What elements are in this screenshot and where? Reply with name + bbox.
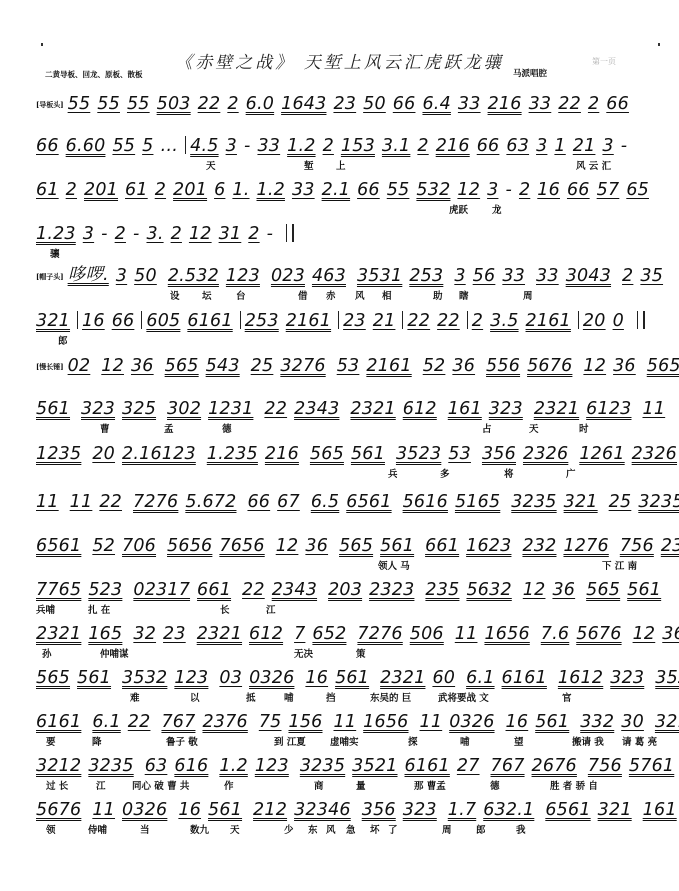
note-group: 3 [454, 266, 465, 286]
notation-line: 3211666605616125321612321222223.52161200 [36, 307, 666, 331]
sustain-mark: - [267, 224, 274, 244]
score-line: 7765523023176612223432032323235563212365… [36, 576, 666, 616]
note-group: 6561 [36, 536, 81, 556]
note-group: 767 [161, 712, 195, 732]
note-group: 463 [312, 266, 346, 286]
note-group: 561 [351, 444, 385, 464]
note-group: 123 [174, 668, 208, 688]
lyric-text: 相 [382, 288, 392, 302]
notation-line: 666.60555…4.53-331.221533.12216666331213… [36, 132, 666, 156]
lyric-text: 无决 [294, 646, 313, 660]
note-group: 66 [36, 136, 59, 156]
lyric-text: 过 长 [46, 778, 68, 792]
note-group: 6.60 [66, 136, 106, 156]
lyrics-line: 虎跃龙 [36, 200, 666, 216]
note-group: 23 [333, 94, 356, 114]
note-group: 2321 [350, 399, 395, 419]
score-line: 1235202.161231.2352165655613523533562326… [36, 440, 666, 480]
lyric-text: 德 [490, 778, 500, 792]
note-group: 1.2 [257, 180, 285, 200]
score-line: 1.233-2-3.212312-骧 [36, 220, 666, 260]
score-line: 5655613532123030326165612321606.16161161… [36, 664, 666, 704]
note-group: 3235 [638, 492, 679, 512]
note-group: 25 [251, 356, 274, 376]
notation-line: 232116532232321612765272765061116567.656… [36, 620, 666, 644]
note-group: 1.235 [207, 444, 258, 464]
lyric-text: 东吴的 巨 [370, 690, 411, 704]
bar-line [240, 311, 241, 329]
note-group: 3235 [511, 492, 556, 512]
note-group: 61 [36, 180, 59, 200]
note-group: 2343 [272, 580, 317, 600]
note-group: 52 [92, 536, 115, 556]
lyric-text: 同心 破 曹 共 [132, 778, 189, 792]
note-group: 2161 [286, 311, 331, 331]
note-group: 1623 [466, 536, 511, 556]
lyric-text: 请 葛 亮 [622, 734, 657, 748]
note-group: 11 [455, 624, 478, 644]
note-group: 23 [163, 624, 186, 644]
lyric-text: 我 [516, 822, 526, 836]
note-group: 356 [362, 800, 396, 820]
note-group: 11 [36, 492, 59, 512]
note-group: 61 [125, 180, 148, 200]
notation-line: 11112272765.67266676.5656156165165323532… [36, 488, 666, 512]
lyric-text: 周 [442, 822, 452, 836]
note-group: 2676 [532, 756, 577, 776]
note-group: 33 [458, 94, 481, 114]
note-group: 565 [165, 356, 199, 376]
note-group: 7 [294, 624, 305, 644]
lyric-text: 兵 [388, 466, 398, 480]
lyric-text: 台 [236, 288, 246, 302]
note-group: 3235 [300, 756, 345, 776]
note-group: 1.2 [287, 136, 315, 156]
note-group: 2 [417, 136, 428, 156]
note-group: 5165 [455, 492, 500, 512]
lyrics-line: 过 长江同心 破 曹 共作商量那 曹孟德胜 者 骄 自 [36, 776, 666, 792]
lyric-text: 难 [130, 690, 140, 704]
note-group: 12 [276, 536, 299, 556]
lyric-text: 侍哺 [88, 822, 107, 836]
lyrics-line [36, 114, 666, 130]
note-group: 2.532 [168, 266, 219, 286]
lyric-text: 鲁子 敬 [166, 734, 198, 748]
lyric-text: 少 [284, 822, 294, 836]
sustain-mark: - [101, 224, 108, 244]
note-group: 2161 [366, 356, 411, 376]
lyric-text: 东 [308, 822, 318, 836]
note-group: 6.1 [92, 712, 120, 732]
note-group: 632.1 [483, 800, 534, 820]
note-group: 66 [567, 180, 590, 200]
note-group: 756 [620, 536, 654, 556]
note-group: 21 [373, 311, 396, 331]
note-group: 6123 [586, 399, 631, 419]
note-group: 1276 [563, 536, 608, 556]
note-group: 7765 [36, 580, 81, 600]
section-marker: [帽子头] [36, 272, 64, 282]
singer-style: 马派唱腔 [513, 67, 547, 79]
lyrics-line: 孙仲哺谋无决策 [36, 644, 666, 660]
note-group: 11 [334, 712, 357, 732]
note-group: 2 [115, 224, 126, 244]
note-group: 7.6 [541, 624, 569, 644]
lyric-text: 助 [433, 288, 443, 302]
note-group: 2326 [523, 444, 568, 464]
lyric-text: 探 [408, 734, 418, 748]
note-group: 55 [387, 180, 410, 200]
lyrics-line: 难以抵哺挡东吴的 巨武将要战 文官 [36, 688, 666, 704]
lyric-text: 策 [356, 646, 366, 660]
note-group: 6561 [346, 492, 391, 512]
note-group: 7276 [133, 492, 178, 512]
score-line: 232116532232321612765272765061116567.656… [36, 620, 666, 660]
lyric-text: 天 [206, 158, 216, 172]
note-group: 235.6 [661, 536, 679, 556]
note-group: 323 [489, 399, 523, 419]
note-group: 36 [662, 624, 679, 644]
bar-line [402, 311, 403, 329]
lyric-text: 周 [523, 288, 533, 302]
note-group: 321 [598, 800, 632, 820]
lyric-text: 龙 [492, 202, 502, 216]
note-group: 323 [403, 800, 437, 820]
note-group: 0 [613, 311, 624, 331]
lyrics-line: 领侍哺当数九天少东风急坏了周郎我 [36, 820, 666, 836]
lyrics-line: 领人 马下 江 南 [36, 556, 666, 572]
lyric-text: 江 [266, 602, 276, 616]
notation-line: 6561527065656765612365655616611623232127… [36, 532, 666, 556]
lyric-text: 孟 [164, 421, 174, 435]
note-group: 706 [122, 536, 156, 556]
lyric-text: 官 [562, 690, 572, 704]
score-line: 567611032616561212323463563231.7632.1656… [36, 796, 666, 836]
note-group: 503 [157, 94, 191, 114]
section-marker: [慢长锤] [36, 362, 64, 372]
note-group: 2 [171, 224, 182, 244]
note-group: 3523 [396, 444, 441, 464]
note-group: 3043 [566, 266, 611, 286]
note-group: 22 [264, 399, 287, 419]
end-bar-line [637, 311, 645, 329]
lyric-text: 郎 [58, 333, 68, 347]
page-number: 第一页 [592, 56, 616, 67]
lyric-text: 下 江 南 [602, 558, 637, 572]
end-bar-line [286, 224, 294, 242]
note-group: 60 [432, 668, 455, 688]
lyrics-line [36, 512, 666, 528]
lyric-text: 那 曹孟 [414, 778, 446, 792]
notation-line: 567611032616561212323463563231.7632.1656… [36, 796, 666, 820]
score-line: 666.60555…4.53-331.221533.12216666331213… [36, 132, 666, 172]
note-group: 57 [597, 180, 620, 200]
note-group: 2.1 [322, 180, 350, 200]
note-group: 3212 [36, 756, 81, 776]
note-group: 33 [292, 180, 315, 200]
lyric-text: 广 [566, 466, 576, 480]
note-group: 3 [226, 136, 237, 156]
note-group: 2 [622, 266, 633, 286]
score-line: 61616.1227672376751561116561103261656133… [36, 708, 666, 748]
note-group: 02 [68, 356, 91, 376]
score-line: 3211666605616125321612321222223.52161200… [36, 307, 666, 347]
note-group: 612 [249, 624, 283, 644]
note-group: 2 [227, 94, 238, 114]
note-group: 321 [564, 492, 598, 512]
note-group: 33 [536, 266, 559, 286]
note-group: 652 [312, 624, 346, 644]
note-group: 561 [208, 800, 242, 820]
note-group: 2 [155, 180, 166, 200]
note-group: 2321 [197, 624, 242, 644]
note-group: 605 [146, 311, 180, 331]
lyric-text: 搬请 我 [572, 734, 604, 748]
note-group: 3276 [280, 356, 325, 376]
note-group: 6.1 [466, 668, 494, 688]
note-group: 325 [122, 399, 156, 419]
note-group: 5761 [629, 756, 674, 776]
lyric-text: 江 [96, 778, 106, 792]
lyric-text: 骧 [50, 246, 60, 260]
note-group: 561 [535, 712, 569, 732]
note-group: 22 [99, 492, 122, 512]
note-group: 12 [101, 356, 124, 376]
note-group: 565 [36, 668, 70, 688]
note-group: 612 [403, 399, 437, 419]
note-group: 6561 [545, 800, 590, 820]
note-group: 63 [145, 756, 168, 776]
lyrics-line: 设坛台借赤风相助瞎周 [36, 286, 666, 302]
corner-mark [658, 43, 660, 46]
note-group: 3 [83, 224, 94, 244]
note-group: 2 [323, 136, 334, 156]
lyric-text: 堑 [304, 158, 314, 172]
note-group: 21 [573, 136, 596, 156]
note-group: 12 [457, 180, 480, 200]
note-group: 2376 [202, 712, 247, 732]
note-group: 6 [214, 180, 225, 200]
score-line: 6561527065656765612365655616611623232127… [36, 532, 666, 572]
note-group: 36 [131, 356, 154, 376]
note-group: 2321 [534, 399, 579, 419]
lyric-text: 上 [336, 158, 346, 172]
lyric-text: 望 [514, 734, 524, 748]
note-group: 33 [257, 136, 280, 156]
note-group: 0326 [249, 668, 294, 688]
sustain-mark: - [621, 136, 628, 156]
note-group: 33 [529, 94, 552, 114]
note-group: 5676 [36, 800, 81, 820]
note-group: 66 [477, 136, 500, 156]
note-group: 161 [448, 399, 482, 419]
note-group: 12 [633, 624, 656, 644]
note-group: 302 [167, 399, 201, 419]
note-group: 356 [482, 444, 516, 464]
lyrics-line [36, 376, 666, 392]
notation-line: [帽子头]哆啰.3502.532123023463353125335633333… [36, 262, 666, 286]
note-group: 66 [357, 180, 380, 200]
lyric-text: 胜 者 骄 自 [550, 778, 598, 792]
sustain-mark: … [160, 136, 178, 156]
note-group: 0326 [449, 712, 494, 732]
note-group: 565 [647, 356, 679, 376]
note-group: 253 [409, 266, 443, 286]
note-group: 1.7 [448, 800, 476, 820]
note-group: 212 [253, 800, 287, 820]
lyric-text: 仲哺谋 [100, 646, 129, 660]
lyric-text: 数九 [190, 822, 209, 836]
bar-line [467, 311, 468, 329]
note-group: 3 [487, 180, 498, 200]
note-group: 216 [488, 94, 522, 114]
note-group: 201 [173, 180, 207, 200]
note-group: 216 [436, 136, 470, 156]
note-group: 232 [522, 536, 556, 556]
note-group: 1656 [363, 712, 408, 732]
note-group: 6161 [36, 712, 81, 732]
lyric-text: 哺 [460, 734, 470, 748]
lyric-text: 赤 [326, 288, 336, 302]
note-group: 6.4 [422, 94, 450, 114]
note-group: 27 [457, 756, 480, 776]
note-group: 3 [116, 266, 127, 286]
lyric-text: 风 云 汇 [576, 158, 611, 172]
note-group: 12 [523, 580, 546, 600]
sustain-mark: - [244, 136, 251, 156]
note-group: 16 [305, 668, 328, 688]
note-group: 2323 [369, 580, 414, 600]
note-group: 5.672 [185, 492, 236, 512]
note-group: 53 [337, 356, 360, 376]
note-group: 1656 [484, 624, 529, 644]
note-group: 1235 [36, 444, 81, 464]
note-group: 661 [197, 580, 231, 600]
note-group: 75 [259, 712, 282, 732]
note-group: 3532 [122, 668, 167, 688]
note-group: 561 [77, 668, 111, 688]
note-group: 543 [206, 356, 240, 376]
note-group: 哆啰. [68, 261, 109, 286]
notation-line: 5613233253021231222343232161216132323216… [36, 395, 666, 419]
note-group: 2 [248, 224, 259, 244]
note-group: 561 [627, 580, 661, 600]
bar-line [338, 311, 339, 329]
note-group: 565 [339, 536, 373, 556]
notation-line: 61220161220161.1.2332.16655532123-216665… [36, 176, 666, 200]
note-group: 12 [189, 224, 212, 244]
lyric-text: 时 [579, 421, 589, 435]
note-group: 32346 [294, 800, 351, 820]
note-group: 321 [36, 311, 70, 331]
lyric-text: 量 [356, 778, 366, 792]
note-group: 3.1 [382, 136, 410, 156]
note-group: 56 [473, 266, 496, 286]
score-line: [慢长锤]02123656554325327653216152365565676… [36, 352, 666, 392]
lyric-text: 抵 [246, 690, 256, 704]
note-group: 5616 [403, 492, 448, 512]
note-group: 1231 [208, 399, 253, 419]
note-group: 216 [265, 444, 299, 464]
note-group: 22 [558, 94, 581, 114]
note-group: 165 [88, 624, 122, 644]
lyric-text: 德 [222, 421, 232, 435]
lyric-text: 将 [504, 466, 514, 480]
note-group: 23 [343, 311, 366, 331]
note-group: 2161 [526, 311, 571, 331]
note-group: 0326 [122, 800, 167, 820]
score-line: 11112272765.67266676.5656156165165323532… [36, 488, 666, 528]
note-group: 25 [609, 492, 632, 512]
note-group: 6161 [502, 668, 547, 688]
note-group: 506 [410, 624, 444, 644]
lyric-text: 长 [220, 602, 230, 616]
corner-mark [41, 43, 43, 46]
note-group: 22 [128, 712, 151, 732]
lyric-text: 挡 [326, 690, 336, 704]
note-group: 02317 [133, 580, 190, 600]
tune-types: 二黄导板、回龙、原板、散板 [45, 69, 143, 80]
note-group: 53 [448, 444, 471, 464]
score-line: [帽子头]哆啰.3502.532123023463353125335633333… [36, 262, 666, 302]
note-group: 123 [255, 756, 289, 776]
lyrics-line: 兵多将广 [36, 464, 666, 480]
note-group: 5656 [167, 536, 212, 556]
note-group: 32 [133, 624, 156, 644]
note-group: 253 [245, 311, 279, 331]
note-group: 55 [127, 94, 150, 114]
note-group: 7656 [219, 536, 264, 556]
lyric-text: 设 [170, 288, 180, 302]
note-group: 5676 [576, 624, 621, 644]
score-line: 61220161220161.1.2332.16655532123-216665… [36, 176, 666, 216]
note-group: 5632 [466, 580, 511, 600]
note-group: 3235 [88, 756, 133, 776]
note-group: 3 [536, 136, 547, 156]
notation-line: [导板头]5555555032226.016432350666.43321633… [36, 90, 666, 114]
lyrics-line: 天堑上风 云 汇 [36, 156, 666, 172]
note-group: 16 [82, 311, 105, 331]
note-group: 323 [610, 668, 644, 688]
note-group: 321 [655, 712, 679, 732]
note-group: 556 [486, 356, 520, 376]
score-line: 32123235636161.2123323535216161277672676… [36, 752, 666, 792]
note-group: 661 [425, 536, 459, 556]
note-group: 12 [583, 356, 606, 376]
lyric-text: 郎 [476, 822, 486, 836]
note-group: 123 [226, 266, 260, 286]
lyric-text: 武将要战 文 [438, 690, 489, 704]
lyrics-line: 郎 [36, 331, 666, 347]
lyric-text: 降 [92, 734, 102, 748]
note-group: 66 [247, 492, 270, 512]
note-group: 11 [420, 712, 443, 732]
lyrics-line: 骧 [36, 244, 666, 260]
lyric-text: 风 [355, 288, 365, 302]
note-group: 3521 [655, 668, 679, 688]
sustain-mark: - [133, 224, 140, 244]
bar-line [141, 311, 142, 329]
note-group: 52 [423, 356, 446, 376]
sustain-mark: - [505, 180, 512, 200]
note-group: 11 [92, 800, 115, 820]
note-group: 161 [643, 800, 677, 820]
note-group: 2 [472, 311, 483, 331]
lyric-text: 天 [529, 421, 539, 435]
note-group: 67 [277, 492, 300, 512]
note-group: 3.5 [490, 311, 518, 331]
note-group: 30 [621, 712, 644, 732]
